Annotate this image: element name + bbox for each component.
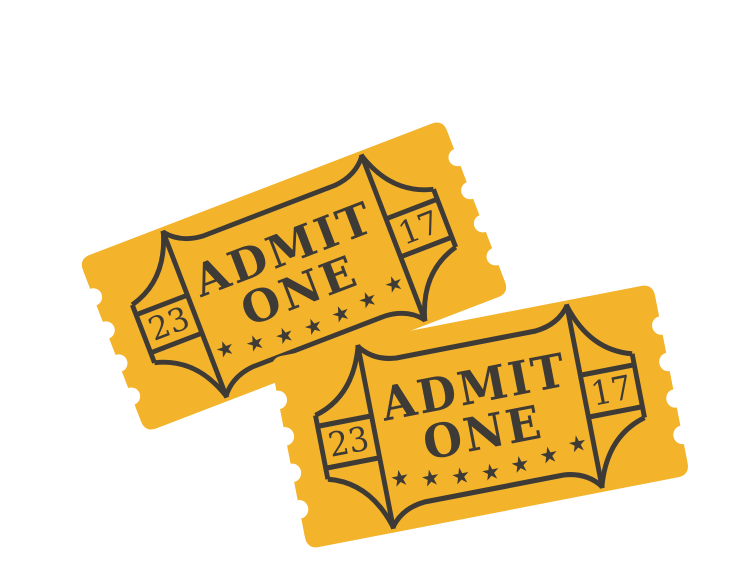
right-stub-number: 17 [588, 368, 635, 414]
left-stub-number: 23 [325, 419, 372, 465]
illustration-canvas: 23 17 ADMIT ONE ★ ★ ★ ★ ★ ★ ★ 23 17 ADMI… [0, 0, 750, 563]
